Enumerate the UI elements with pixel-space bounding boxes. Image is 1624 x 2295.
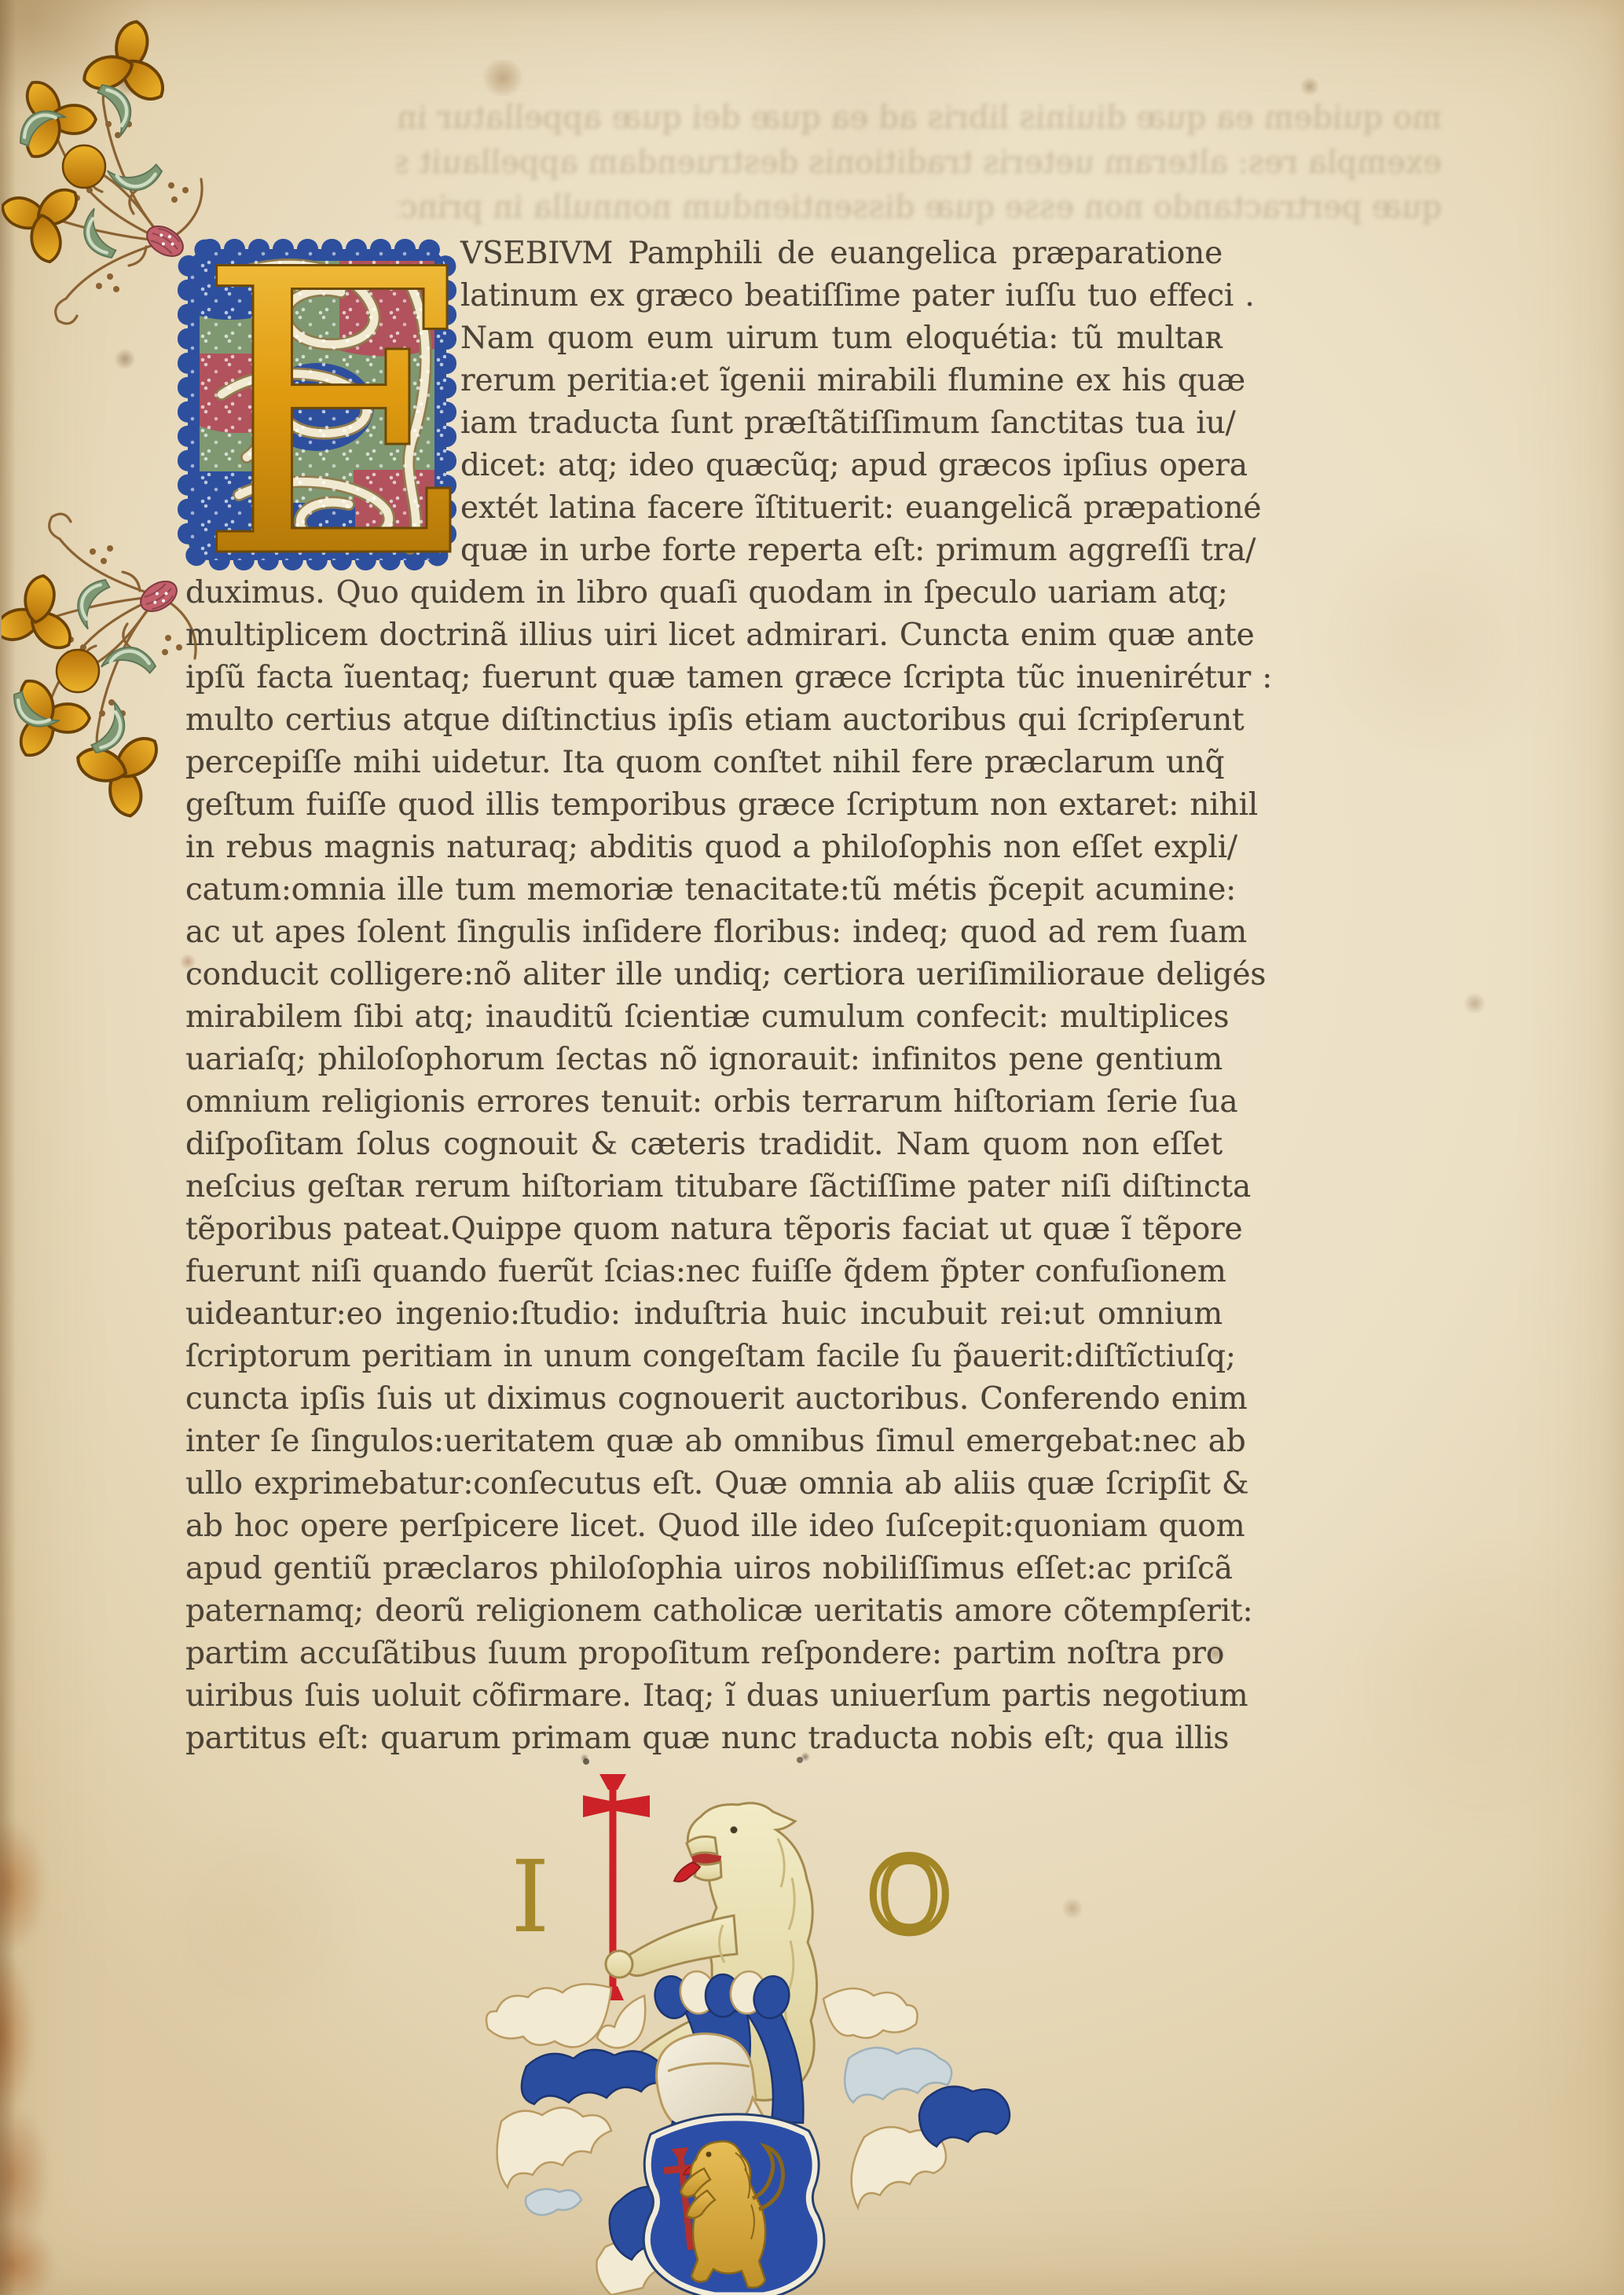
text-line: ab hoc opere perſpicere licet. Quod ille… <box>185 1505 1223 1548</box>
text-line: percepiſſe mihi uidetur. Ita quom conſte… <box>185 742 1223 784</box>
text-line: ſcriptorum peritiam in unum congeſtam fa… <box>185 1336 1223 1378</box>
text-line: multo certius atque diſtinctius ipſis et… <box>185 699 1223 742</box>
text-line: in rebus magnis naturaq; abditis quod a … <box>185 827 1223 869</box>
text-line: rerum peritia:et ĩgenii mirabili flumine… <box>460 360 1223 402</box>
text-line: quæ in urbe forte reperta eſt: primum ag… <box>460 530 1223 572</box>
text-line: dicet: atq; ideo quæcũq; apud græcos ipſ… <box>460 445 1223 487</box>
text-line: partim accuſãtibus ſuum propoſitum reſpo… <box>185 1633 1223 1675</box>
text-line: neſcius geſtaʀ rerum hiſtoriam titubare … <box>185 1166 1223 1208</box>
torse-icon <box>651 1969 794 2022</box>
text-line: VSEBIVM Pamphili de euangelica præparati… <box>460 233 1223 275</box>
text-line: omnium religionis errores tenuit: orbis … <box>185 1081 1223 1124</box>
text-line: geſtum fuiſſe quod illis temporibus græc… <box>185 784 1223 827</box>
text-line: ipſũ facta ĩuentaq; fuerunt quæ tamen gr… <box>185 657 1223 699</box>
text-line: diſpoſitam ſolus cognouit & cæteris trad… <box>185 1124 1223 1166</box>
text-line: conducit colligere:nõ aliter ille undiq;… <box>185 954 1223 996</box>
ink-speck <box>583 1758 589 1765</box>
text-line: duximus. Quo quidem in libro quaſi quoda… <box>185 572 1223 614</box>
text-line: uiribus ſuis uoluit cõfirmare. Itaq; ĩ d… <box>185 1675 1223 1718</box>
shield-icon <box>647 2118 820 2295</box>
text-line: apud gentiũ præclaros philoſophia uiros … <box>185 1548 1223 1590</box>
text-line: cuncta ipſis ſuis ut diximus cognouerit … <box>185 1378 1223 1421</box>
text-line: tẽporibus pateat.Quippe quom natura tẽpo… <box>185 1208 1223 1251</box>
text-line: fuerunt niſi quando fuerũt ſcias:nec fui… <box>185 1251 1223 1293</box>
ink-speck <box>797 1757 803 1763</box>
emblem-letter-o: O <box>867 1836 951 1956</box>
text-line: iam traducta ſunt præſtãtiſſimum ſanctit… <box>460 402 1223 445</box>
text-line: catum:omnia ille tum memoriæ tenacitate:… <box>185 869 1223 911</box>
text-line: extét latina facere ĩſtituerit: euangeli… <box>460 487 1223 530</box>
emblem-letter-i: I <box>511 1839 550 1955</box>
text-line: uideantur:eo ingenio:ſtudio: induſtria h… <box>185 1293 1223 1336</box>
text-line: latinum ex græco beatiſſime pater iuſſu … <box>460 275 1223 317</box>
coat-of-arms: I O <box>409 1729 1100 2295</box>
main-text-block: VSEBIVM Pamphili de euangelica præparati… <box>185 233 1223 1760</box>
incunable-page: { "document": { "kind": "printed book le… <box>0 0 1624 2295</box>
text-line: Nam quom eum uirum tum eloquétia: tũ mul… <box>460 317 1223 360</box>
text-line: mirabilem ſibi atq; inauditũ ſcientiæ cu… <box>185 996 1223 1039</box>
text-line: uariaſq; philoſophorum ſectas nõ ignorau… <box>185 1039 1223 1081</box>
text-line: ac ut apes ſolent ſingulis inſidere flor… <box>185 911 1223 954</box>
text-line: paternamq; deorũ religionem catholicæ ue… <box>185 1590 1223 1633</box>
text-line: ullo exprimebatur:conſecutus eſt. Quæ om… <box>185 1463 1223 1505</box>
text-line: inter ſe ſingulos:ueritatem quæ ab omnib… <box>185 1421 1223 1463</box>
text-line: multiplicem doctrinã illius uiri licet a… <box>185 614 1223 657</box>
